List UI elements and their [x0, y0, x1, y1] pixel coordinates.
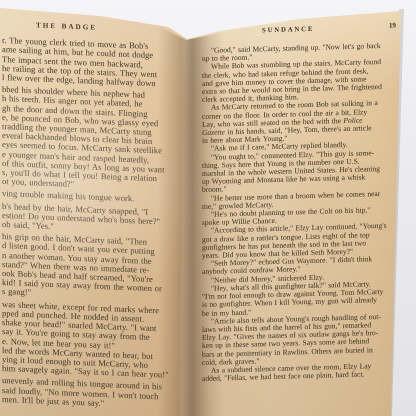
right-header-row: SUNDANCE 19	[202, 23, 404, 37]
left-running-header: THE BADGE	[36, 21, 188, 36]
right-page-body: "Good," said McCarty, standing up. "Now …	[202, 41, 404, 383]
right-running-header: SUNDANCE	[262, 26, 314, 36]
left-page-body: r. The young clerk tried to move as Bob'…	[2, 36, 188, 411]
paragraph: While Bob was stumbling up the stairs, M…	[202, 58, 404, 105]
paragraph: r. The young clerk tried to move as Bob'…	[2, 36, 188, 89]
paragraph: bbed his shoulder where his nephew hadh …	[2, 85, 188, 194]
paragraph: "Article also tells about Young's rough …	[202, 312, 404, 367]
page-number: 19	[389, 22, 396, 30]
paragraph: "You ought to," commented Elzy. "This gu…	[202, 148, 404, 195]
paragraph: was sheet white, except for red marks wh…	[2, 300, 188, 381]
paragraph: unevenly and rolling his tongue around i…	[2, 376, 188, 411]
open-book-photo: THE BADGE r. The young clerk tried to mo…	[0, 0, 416, 416]
paragraph: As McCarty returned to the room Bob sat …	[202, 99, 404, 146]
paragraph: his grip on the hair, McCarty said, "The…	[2, 232, 188, 304]
left-page-text: THE BADGE r. The young clerk tried to mo…	[2, 20, 188, 414]
right-page-text: SUNDANCE 19 "Good," said McCarty, standi…	[202, 23, 404, 383]
